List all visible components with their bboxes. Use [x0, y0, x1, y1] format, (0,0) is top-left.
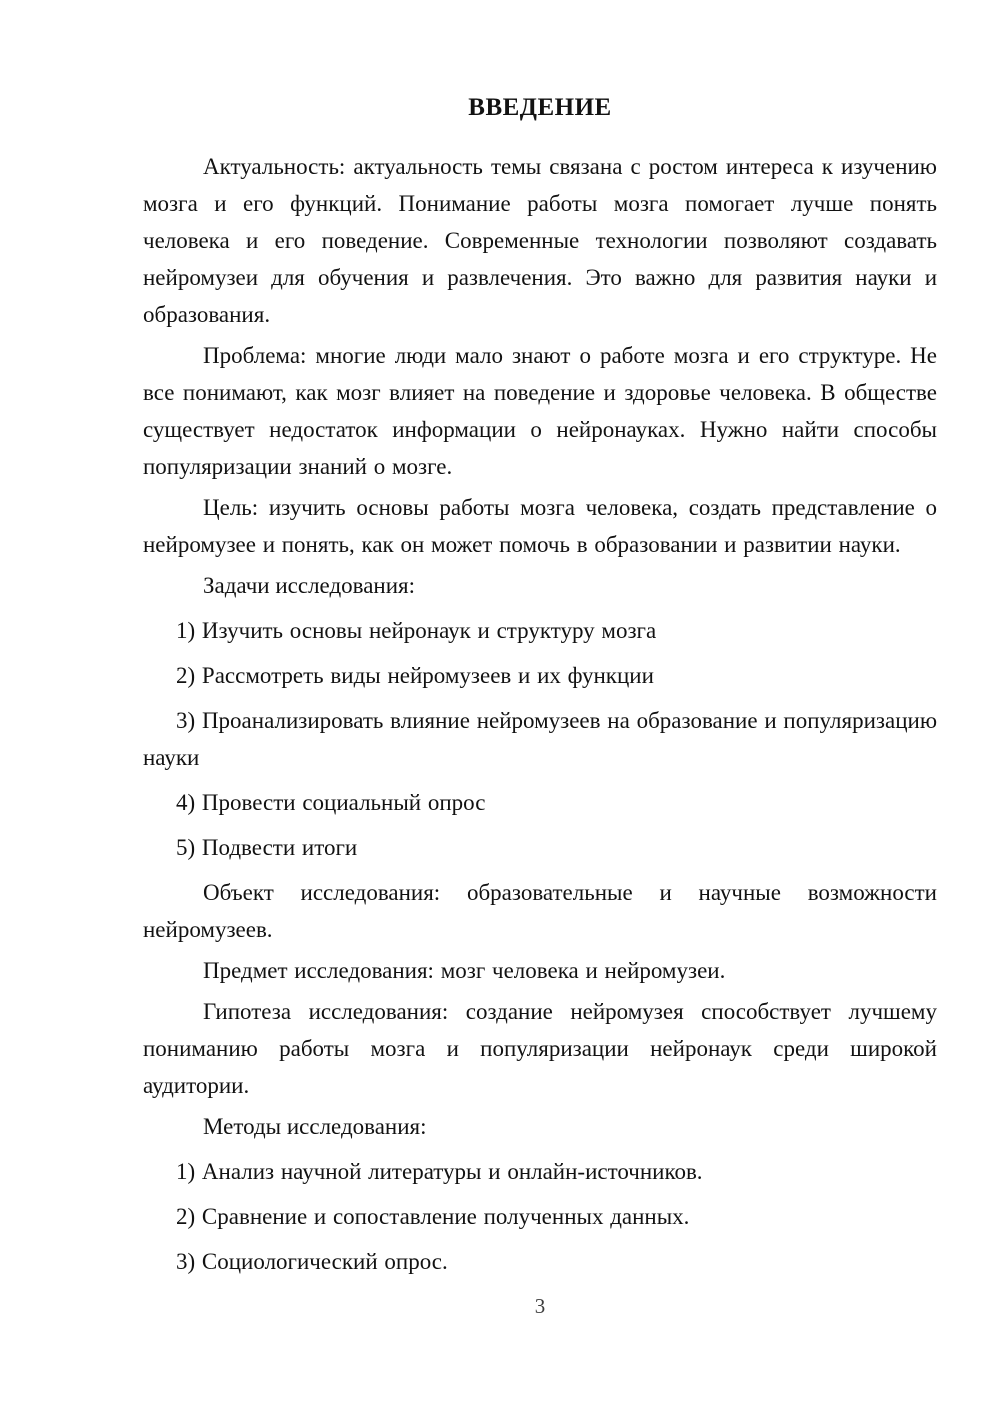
- page-title: ВВЕДЕНИЕ: [143, 94, 937, 122]
- method-item: 2) Сравнение и сопоставление полученных …: [143, 1198, 937, 1235]
- task-item: 3) Проанализировать влияние нейромузеев …: [143, 702, 937, 776]
- task-item: 5) Подвести итоги: [143, 829, 937, 866]
- methods-header: Методы исследования:: [143, 1108, 937, 1145]
- paragraph-problem: Проблема: многие люди мало знают о работ…: [143, 337, 937, 485]
- document-page: ВВЕДЕНИЕ Актуальность: актуальность темы…: [0, 0, 1000, 1414]
- page-number: 3: [143, 1288, 937, 1325]
- task-item: 4) Провести социальный опрос: [143, 784, 937, 821]
- method-item: 1) Анализ научной литературы и онлайн-ис…: [143, 1153, 937, 1190]
- method-item: 3) Социологический опрос.: [143, 1243, 937, 1280]
- task-item: 2) Рассмотреть виды нейромузеев и их фун…: [143, 657, 937, 694]
- task-item: 1) Изучить основы нейронаук и структуру …: [143, 612, 937, 649]
- paragraph-actuality: Актуальность: актуальность темы связана …: [143, 148, 937, 333]
- paragraph-subject: Предмет исследования: мозг человека и не…: [143, 952, 937, 989]
- paragraph-goal: Цель: изучить основы работы мозга челове…: [143, 489, 937, 563]
- tasks-header: Задачи исследования:: [143, 567, 937, 604]
- paragraph-hypothesis: Гипотеза исследования: создание нейромуз…: [143, 993, 937, 1104]
- paragraph-object: Объект исследования: образовательные и н…: [143, 874, 937, 948]
